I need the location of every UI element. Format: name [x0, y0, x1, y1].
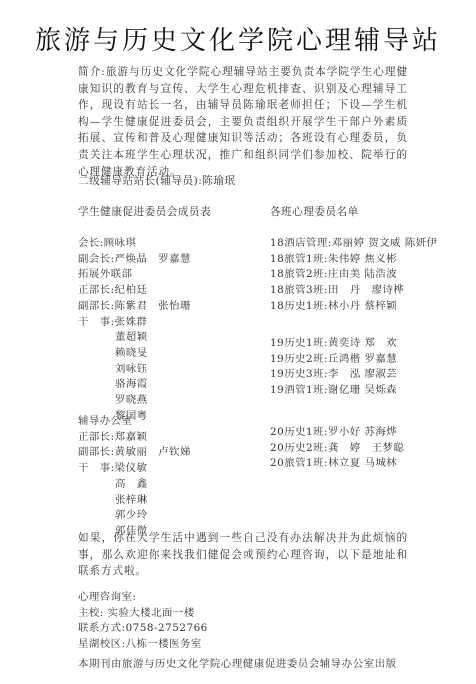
committee-heading: 学生健康促进委员会成员表: [78, 205, 211, 221]
staff-member: 赖晓旻: [78, 346, 191, 362]
class-rep-row: 18旅管1班:朱伟婷 焦义彬: [270, 252, 437, 268]
contact-block: 心理咨询室: 主校: 实验大楼北面一楼 联系方式:0758-2752766 星湖…: [78, 590, 208, 653]
class-reps-group-3: 20历史1班:罗小好 苏海烨 20历史2班:龚 婷 王梦聪 20旅管1班:林立夏…: [270, 425, 404, 472]
dept-head: 正部长:郑嘉颖: [78, 430, 191, 446]
class-reps-heading: 各班心理委员名单: [270, 205, 359, 221]
dept-name: 辅导办公室: [78, 414, 191, 430]
station-head: 二级辅导站站长(辅导员):陈瑜珉: [78, 174, 236, 190]
class-rep-row: 20历史1班:罗小好 苏海烨: [270, 425, 404, 441]
committee-list: 会长:顾咏琪 副会长:严焕晶 罗嘉慧 拓展外联部 正部长:纪柏廷 副部长:陈紫君…: [78, 236, 191, 424]
document-title: 旅游与历史文化学院心理辅导站: [0, 25, 476, 57]
class-rep-row: 19历史3班:李 泓 廖淑芸: [270, 367, 397, 383]
contact-heading: 心理咨询室:: [78, 590, 208, 606]
class-rep-row: 18酒店管理:邓丽婷 贺文威 陈妍伊: [270, 236, 437, 252]
class-rep-row: 19历史2班:丘鸿楷 罗嘉慧: [270, 352, 397, 368]
dept-staff: 干 事:梁仪敏: [78, 461, 191, 477]
vice-president: 副会长:严焕晶 罗嘉慧: [78, 252, 191, 268]
staff-member: 张梓琳: [78, 493, 191, 509]
closing-paragraph: 如果，你在大学生活中遇到一些自己没有办法解决并为此烦恼的事，那么欢迎你来找我们健…: [78, 530, 408, 580]
staff-member: 罗晓燕: [78, 393, 191, 409]
contact-main-campus: 主校: 实验大楼北面一楼: [78, 606, 208, 622]
staff-member: 骆海霞: [78, 377, 191, 393]
staff-member: 刘咏钰: [78, 362, 191, 378]
committee-list-2: 辅导办公室 正部长:郑嘉颖 副部长:黄敏丽 卢钦娣 干 事:梁仪敏 高 鑫 张梓…: [78, 414, 191, 540]
class-rep-row: 18历史1班:林小丹 蔡梓颖: [270, 299, 437, 315]
contact-xinghu-campus: 星湖校区:八栋一楼医务室: [78, 637, 208, 653]
president: 会长:顾咏琪: [78, 236, 191, 252]
class-rep-row: 20旅管1班:林立夏 马城林: [270, 456, 404, 472]
publisher-footer: 本期刊由旅游与历史文化学院心理健康促进委员会辅导办公室出版: [78, 655, 397, 670]
dept-name: 拓展外联部: [78, 267, 191, 283]
class-reps-group-2: 19历史1班:黄奕诗 郑 欢 19历史2班:丘鸿楷 罗嘉慧 19历史3班:李 泓…: [270, 336, 397, 399]
class-rep-row: 18旅管2班:庄由美 陆浩波: [270, 267, 437, 283]
class-rep-row: 19酒管1班:谢亿珊 吴烁森: [270, 383, 397, 399]
class-reps-group-1: 18酒店管理:邓丽婷 贺文威 陈妍伊 18旅管1班:朱伟婷 焦义彬 18旅管2班…: [270, 236, 437, 315]
contact-phone: 联系方式:0758-2752766: [78, 621, 208, 637]
staff-member: 郭少玲: [78, 508, 191, 524]
class-rep-row: 20历史2班:龚 婷 王梦聪: [270, 441, 404, 457]
class-rep-row: 19历史1班:黄奕诗 郑 欢: [270, 336, 397, 352]
dept-vice-head: 副部长:陈紫君 张怡珊: [78, 299, 191, 315]
class-rep-row: 18旅管3班:田 丹 廖诗桦: [270, 283, 437, 299]
staff-member: 高 鑫: [78, 477, 191, 493]
intro-paragraph: 简介:旅游与历史文化学院心理辅导站主要负责本学院学生心理健康知识的教育与宣传、大…: [78, 64, 408, 180]
dept-staff: 干 事:张姝群: [78, 315, 191, 331]
dept-vice-head: 副部长:黄敏丽 卢钦娣: [78, 445, 191, 461]
staff-member: 董超颖: [78, 330, 191, 346]
dept-head: 正部长:纪柏廷: [78, 283, 191, 299]
